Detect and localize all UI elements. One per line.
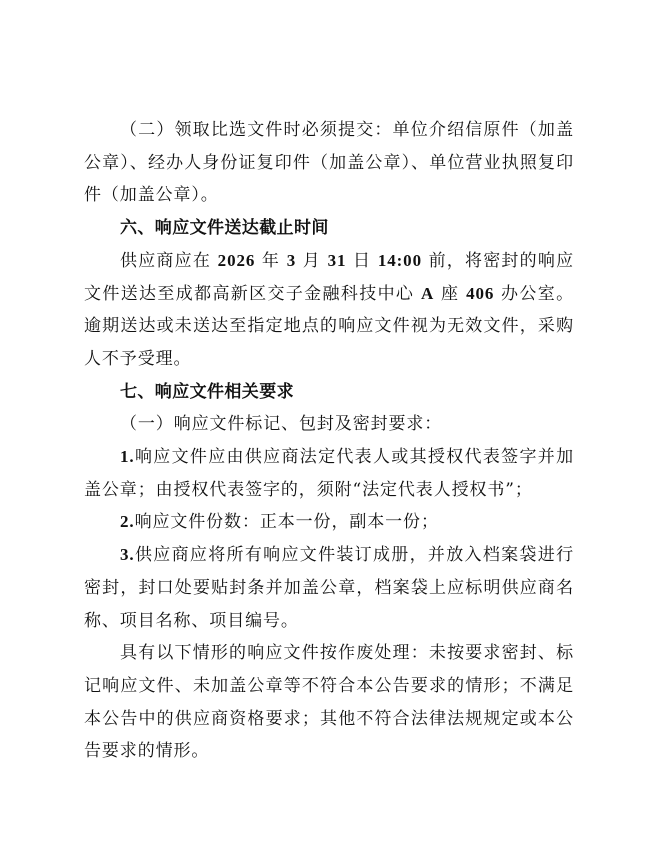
heading-deadline: 六、响应文件送达截止时间 [84,212,574,245]
document-page: （二）领取比选文件时必须提交：单位介绍信原件（加盖公章）、经办人身份证复印件（加… [84,114,574,768]
list-item-2: 2.响应文件份数：正本一份，副本一份； [84,506,574,539]
paragraph-sealing-title: （一）响应文件标记、包封及密封要求： [84,408,574,441]
list-item-1: 1.响应文件应由供应商法定代表人或其授权代表签字并加盖公章；由授权代表签字的，须… [84,441,574,506]
paragraph-deadline: 供应商应在 2026 年 3 月 31 日 14:00 前，将密封的响应文件送达… [84,245,574,376]
heading-requirements: 七、响应文件相关要求 [84,376,574,409]
list-item-3: 3.供应商应将所有响应文件装订成册，并放入档案袋进行密封，封口处要贴封条并加盖公… [84,539,574,637]
paragraph-submission-docs: （二）领取比选文件时必须提交：单位介绍信原件（加盖公章）、经办人身份证复印件（加… [84,114,574,212]
paragraph-invalid-cases: 具有以下情形的响应文件按作废处理：未按要求密封、标记响应文件、未加盖公章等不符合… [84,637,574,768]
